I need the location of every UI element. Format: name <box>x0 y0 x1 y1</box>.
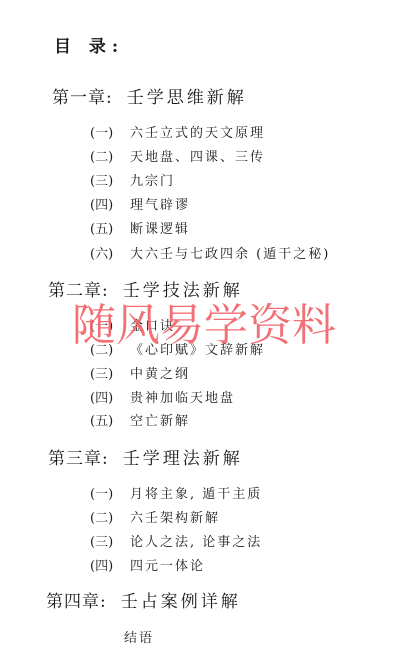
chapter-name: 壬学理法新解 <box>123 449 243 469</box>
item-index: (一) <box>90 127 130 140</box>
toc-item: (三)九宗门 <box>90 175 175 188</box>
item-text: 《心印赋》文辞新解 <box>130 343 265 358</box>
toc-item: (四)理气辟谬 <box>90 199 190 212</box>
item-text: 贵神加临天地盘 <box>130 391 235 406</box>
item-index: (二) <box>90 151 130 164</box>
toc-item: (六)大六壬与七政四余 (遁干之秘) <box>90 248 330 261</box>
chapter-3-heading: 第三章:壬学理法新解 <box>48 451 243 468</box>
toc-item: (二)六壬架构新解 <box>90 512 220 525</box>
item-index: (四) <box>90 560 130 573</box>
toc-item: (五)断课逻辑 <box>90 223 190 236</box>
item-index: (一) <box>90 320 130 333</box>
item-index: (一) <box>90 488 130 501</box>
item-text: 大六壬与七政四余 (遁干之秘) <box>130 247 330 262</box>
chapter-number: 第三章: <box>48 449 109 469</box>
chapter-number: 第二章: <box>48 281 109 301</box>
item-index: (五) <box>90 415 130 428</box>
chapter-name: 壬学技法新解 <box>123 281 243 301</box>
item-text: 天地盘、四课、三传 <box>130 150 265 165</box>
toc-item: (四)贵神加临天地盘 <box>90 392 235 405</box>
item-index: (四) <box>90 199 130 212</box>
item-text: 月将主象, 遁干主质 <box>130 487 262 502</box>
item-text: 六壬立式的天文原理 <box>130 126 265 141</box>
chapter-number: 第四章: <box>46 592 107 612</box>
item-text: 九宗门 <box>130 174 175 189</box>
item-index: (五) <box>90 223 130 236</box>
item-index: (三) <box>90 368 130 381</box>
toc-item: (五)空亡新解 <box>90 415 190 428</box>
toc-item: (一)月将主象, 遁干主质 <box>90 488 262 501</box>
chapter-number: 第一章: <box>52 88 113 108</box>
item-index: (三) <box>90 175 130 188</box>
toc-item: (四)四元一体论 <box>90 560 205 573</box>
toc-item: (三)中黄之纲 <box>90 368 190 381</box>
item-text: 论人之法, 论事之法 <box>130 535 262 550</box>
chapter-name: 壬占案例详解 <box>121 592 241 612</box>
item-text: 中黄之纲 <box>130 367 190 382</box>
item-index: (二) <box>90 344 130 357</box>
toc-item: (三)论人之法, 论事之法 <box>90 536 262 549</box>
toc-item: (一)金口诀 <box>90 320 175 333</box>
item-index: (四) <box>90 392 130 405</box>
item-text: 四元一体论 <box>130 559 205 574</box>
toc-item: (二)天地盘、四课、三传 <box>90 151 265 164</box>
item-text: 空亡新解 <box>130 414 190 429</box>
chapter-name: 壬学思维新解 <box>127 88 247 108</box>
item-index: (二) <box>90 512 130 525</box>
item-text: 理气辟谬 <box>130 198 190 213</box>
chapter-2-heading: 第二章:壬学技法新解 <box>48 283 243 300</box>
item-text: 断课逻辑 <box>130 222 190 237</box>
conclusion: 结语 <box>124 632 154 645</box>
item-text: 六壬架构新解 <box>130 511 220 526</box>
chapter-4-heading: 第四章:壬占案例详解 <box>46 594 241 611</box>
toc-item: (一)六壬立式的天文原理 <box>90 127 265 140</box>
chapter-1-heading: 第一章:壬学思维新解 <box>52 90 247 107</box>
toc-item: (二)《心印赋》文辞新解 <box>90 344 265 357</box>
item-index: (三) <box>90 536 130 549</box>
item-text: 金口诀 <box>130 319 175 334</box>
toc-title: 目 录: <box>54 39 124 56</box>
item-index: (六) <box>90 248 130 261</box>
